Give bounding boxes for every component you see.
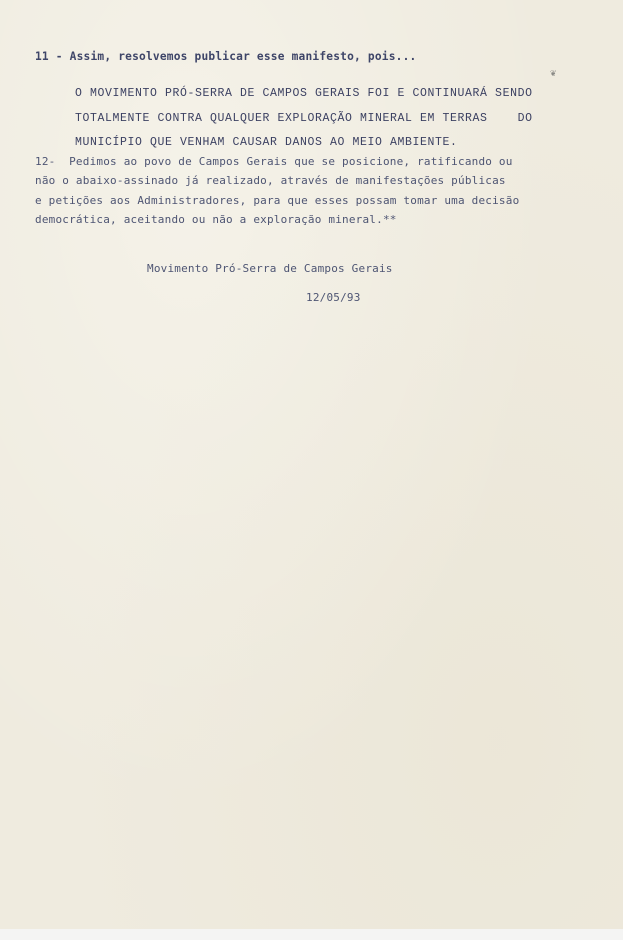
- statement-line-3: MUNICÍPIO QUE VENHAM CAUSAR DANOS AO MEI…: [75, 136, 458, 149]
- signature: Movimento Pró-Serra de Campos Gerais: [147, 262, 393, 275]
- item-12-line-2: não o abaixo-assinado já realizado, atra…: [35, 174, 506, 187]
- statement-line-2: TOTALMENTE CONTRA QUALQUER EXPLORAÇÃO MI…: [75, 112, 533, 125]
- item-11-text: 11 - Assim, resolvemos publicar esse man…: [35, 50, 416, 63]
- statement-line-1: O MOVIMENTO PRÓ-SERRA DE CAMPOS GERAIS F…: [75, 87, 533, 100]
- document-page: 11 - Assim, resolvemos publicar esse man…: [0, 0, 623, 929]
- item-12-line-3: e petições aos Administradores, para que…: [35, 194, 519, 207]
- scan-bottom-margin: [0, 929, 623, 940]
- item-12-line-1: 12- Pedimos ao povo de Campos Gerais que…: [35, 155, 513, 168]
- item-12-line-4: democrática, aceitando ou não a exploraç…: [35, 213, 397, 226]
- ink-smudge-mark: ❦: [550, 68, 557, 78]
- document-date: 12/05/93: [306, 291, 361, 304]
